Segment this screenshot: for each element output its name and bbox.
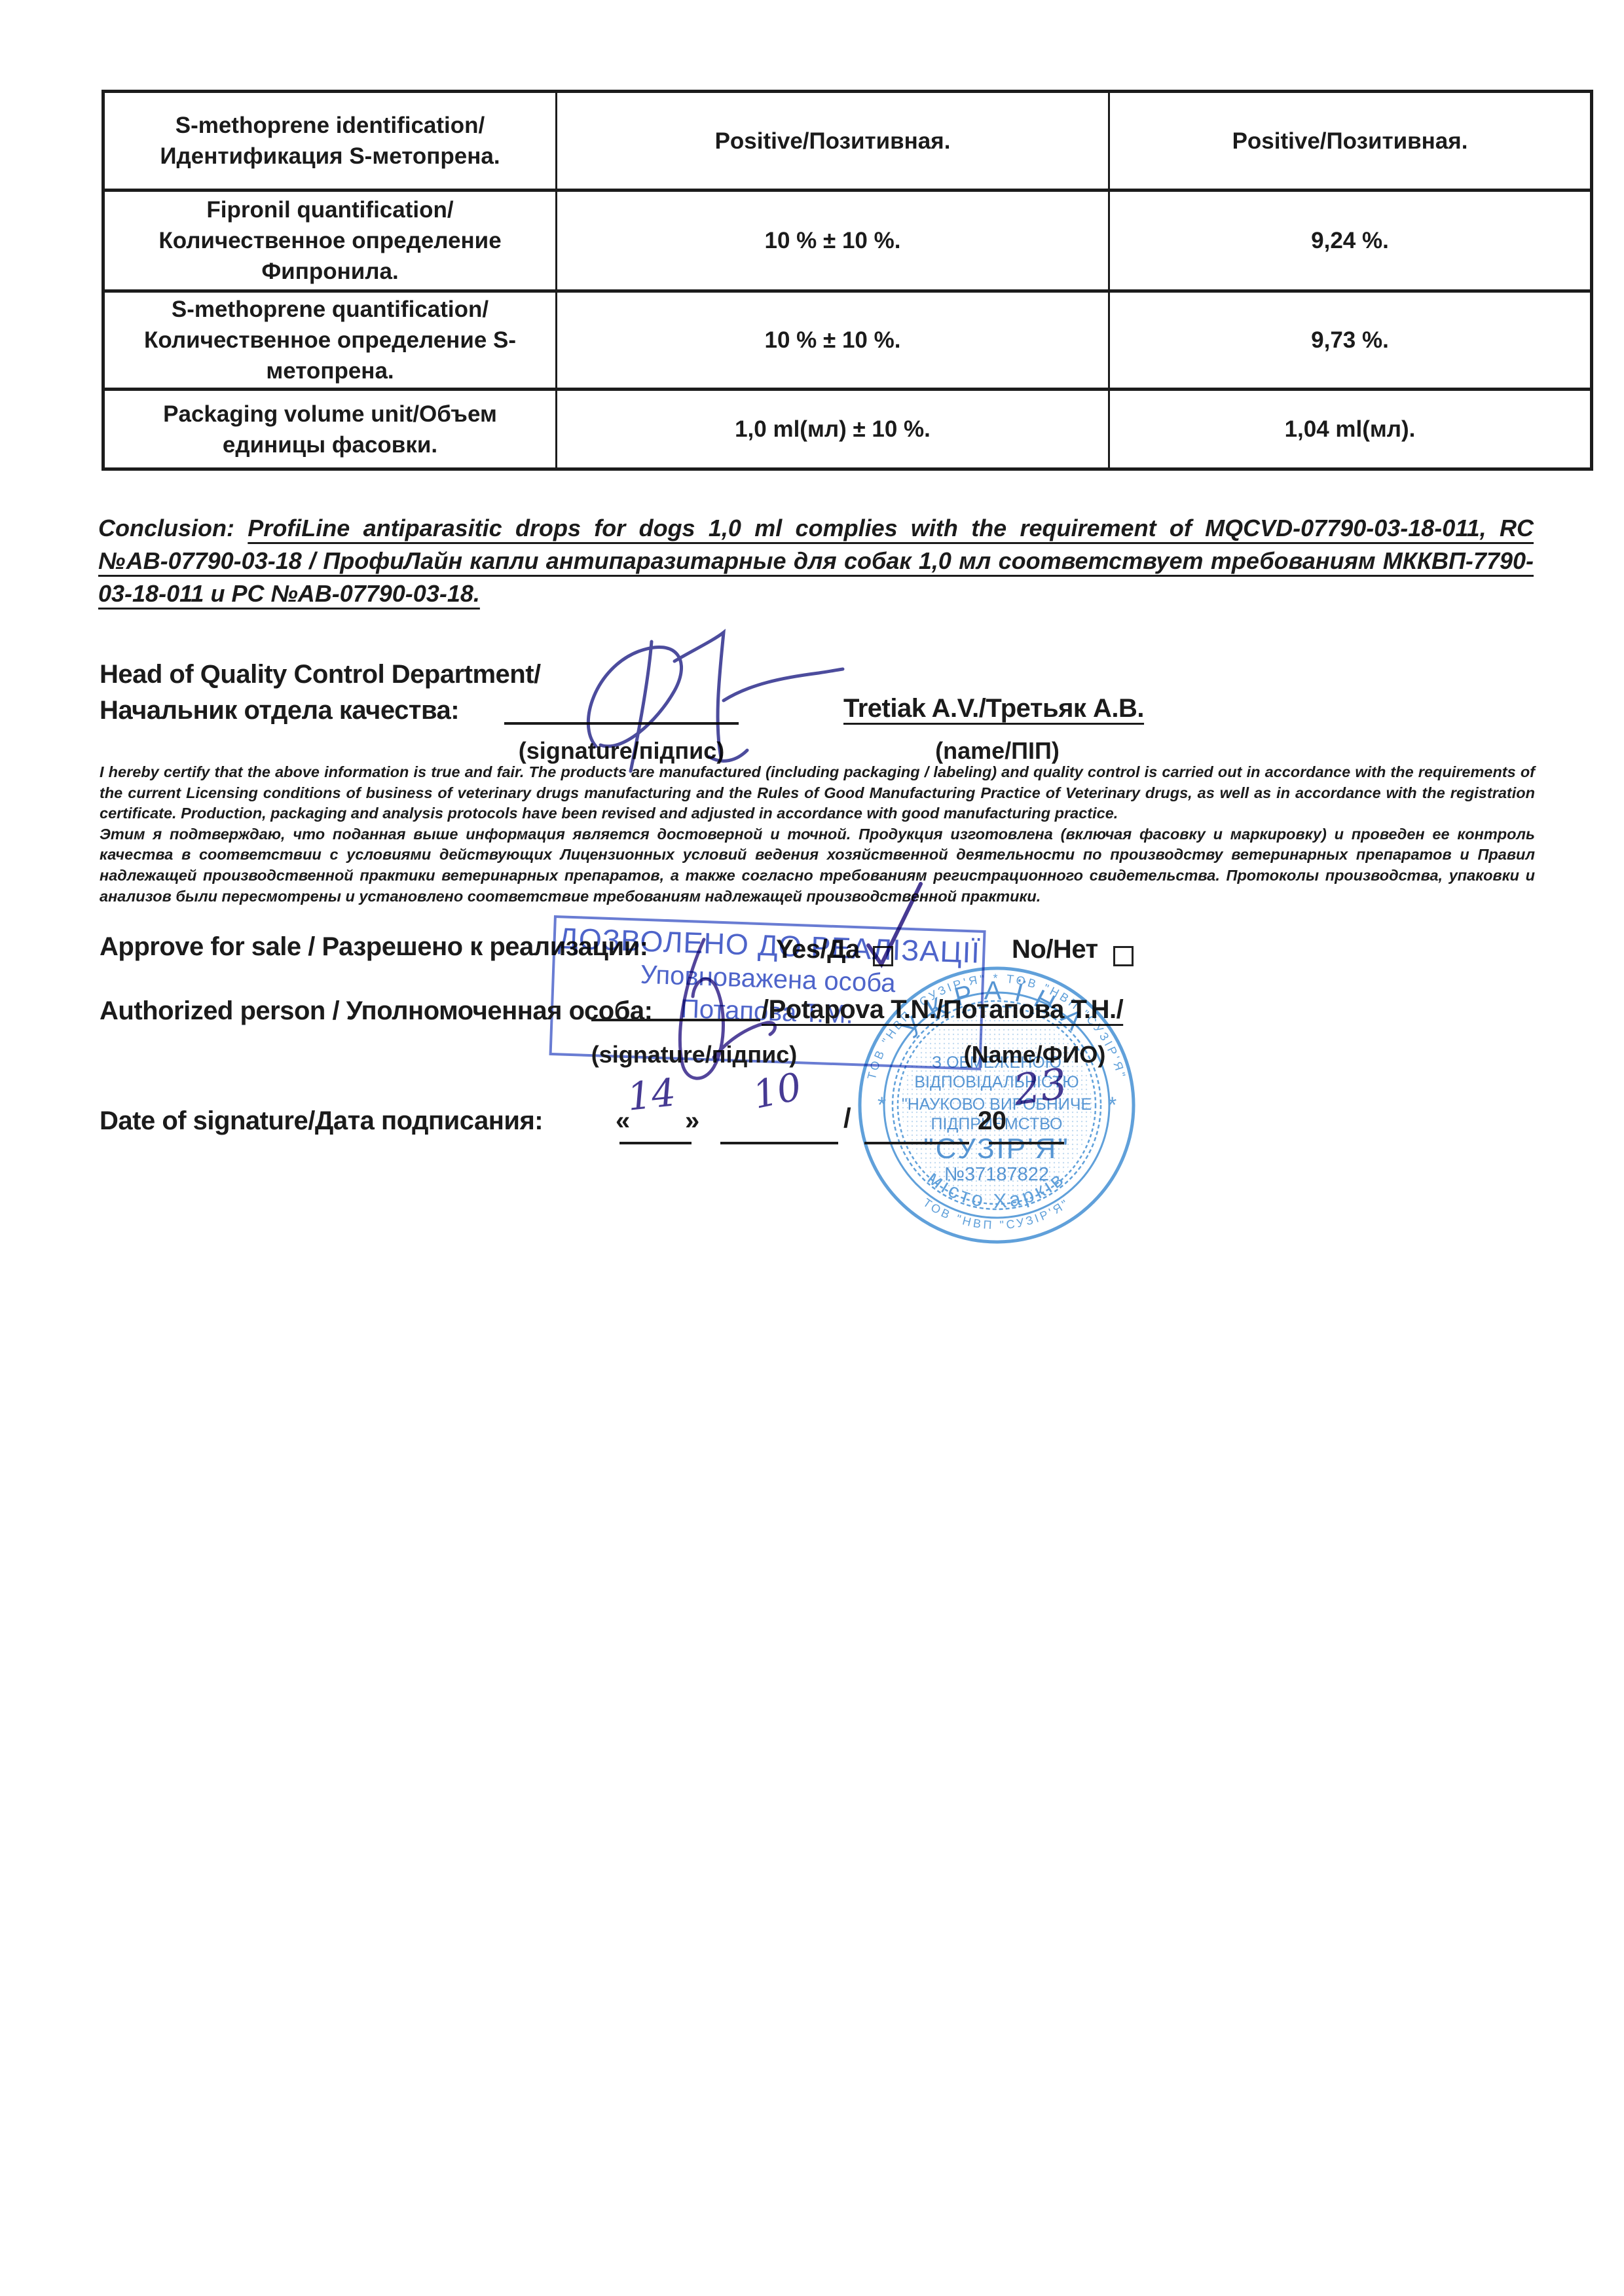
result-cell: 9,73 %. — [1109, 291, 1592, 390]
date-separator: / — [843, 1102, 851, 1134]
qc-head-signature — [560, 622, 874, 779]
date-of-signature-label: Date of signature/Дата подписания: — [100, 1106, 543, 1136]
table-row: S-methoprene quantification/Количественн… — [103, 291, 1592, 390]
round-company-stamp: ТОВ "НВП "СУЗІР'Я" * ТОВ "НВП "СУЗІР'Я" … — [856, 964, 1137, 1246]
date-day-line — [619, 1142, 692, 1144]
result-cell: Positive/Позитивная. — [1109, 92, 1592, 191]
qc-head-name: Tretiak A.V./Третьяк А.В. — [843, 694, 1144, 723]
conclusion-label: Conclusion: — [98, 515, 248, 541]
handwritten-year: 23 — [1010, 1060, 1070, 1116]
parameter-cell: Packaging volume unit/Объем единицы фасо… — [103, 390, 557, 469]
parameter-cell: S-methoprene identification/Идентификаци… — [103, 92, 557, 191]
date-mid-line — [864, 1142, 969, 1144]
stamp-asterisk-left: * — [877, 1093, 886, 1118]
conclusion-paragraph: Conclusion: ProfiLine antiparasitic drop… — [98, 512, 1534, 610]
handwritten-month: 10 — [749, 1064, 805, 1118]
authorized-person-label: Authorized person / Уполномоченная особа… — [100, 996, 652, 1026]
date-close-quote: » — [685, 1106, 699, 1136]
conclusion-text: ProfiLine antiparasitic drops for dogs 1… — [98, 515, 1534, 607]
requirement-cell: Positive/Позитивная. — [557, 92, 1109, 191]
date-month-line — [720, 1142, 838, 1144]
table-row: Packaging volume unit/Объем единицы фасо… — [103, 390, 1592, 469]
qc-name-caption: (name/ПІП) — [843, 737, 1151, 765]
date-open-quote: « — [616, 1106, 630, 1136]
stamp-asterisk-right: * — [1108, 1093, 1116, 1118]
certification-english: I hereby certify that the above informat… — [100, 762, 1535, 824]
spec-table: S-methoprene identification/Идентификаци… — [101, 90, 1593, 471]
date-century: 20 — [978, 1106, 1006, 1136]
no-label: No/Нет — [1012, 935, 1098, 964]
certification-russian: Этим я подтверждаю, что поданная выше ин… — [100, 824, 1535, 907]
result-cell: 1,04 ml(мл). — [1109, 390, 1592, 469]
qc-head-title-en: Head of Quality Control Department/ — [100, 660, 541, 689]
date-year-line — [989, 1142, 1064, 1144]
result-cell: 9,24 %. — [1109, 191, 1592, 291]
authorized-person-signature — [642, 930, 786, 1093]
requirement-cell: 10 % ± 10 %. — [557, 191, 1109, 291]
scanned-certificate-page: S-methoprene identification/Идентификаци… — [0, 0, 1624, 2296]
parameter-cell: Fipronil quantification/Количественное о… — [103, 191, 557, 291]
qc-head-title-ru: Начальник отдела качества: — [100, 696, 459, 725]
certification-statement: I hereby certify that the above informat… — [100, 762, 1535, 907]
requirement-cell: 1,0 ml(мл) ± 10 %. — [557, 390, 1109, 469]
table-row: Fipronil quantification/Количественное о… — [103, 191, 1592, 291]
stamp-company-name: "СУЗІР'Я" — [923, 1133, 1070, 1165]
handwritten-day: 14 — [625, 1070, 678, 1119]
table-row: S-methoprene identification/Идентификаци… — [103, 92, 1592, 191]
requirement-cell: 10 % ± 10 %. — [557, 291, 1109, 390]
no-checkbox — [1113, 946, 1134, 966]
parameter-cell: S-methoprene quantification/Количественн… — [103, 291, 557, 390]
